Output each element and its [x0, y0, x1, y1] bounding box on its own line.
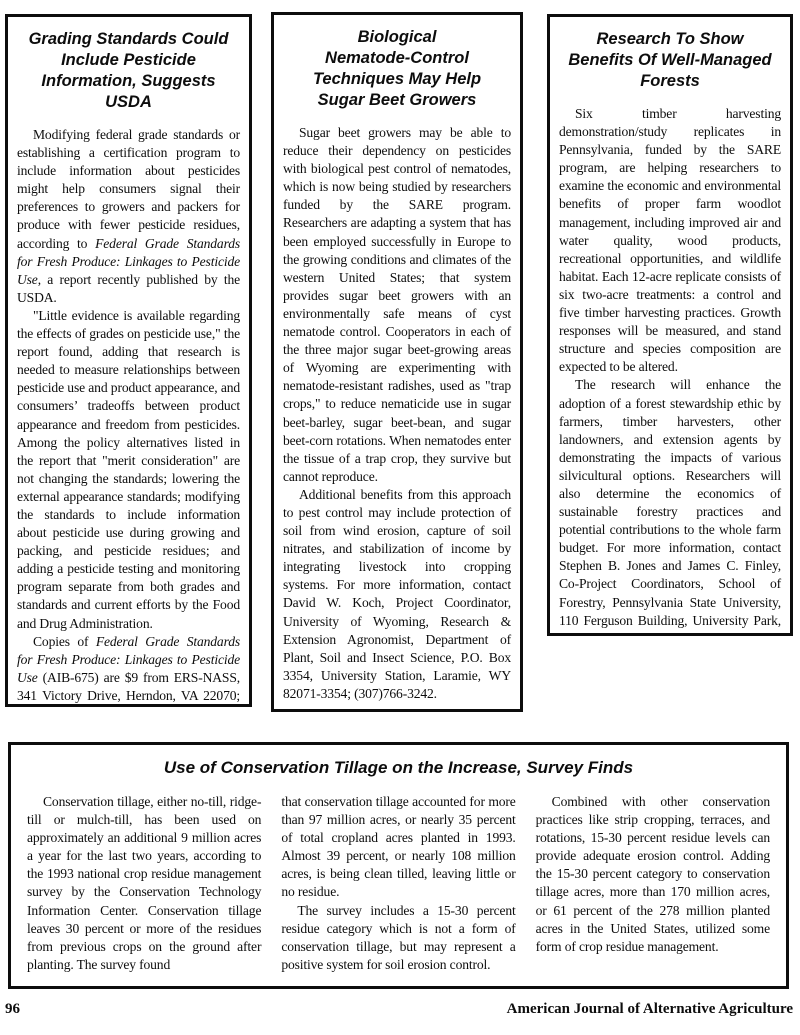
article-paragraph: Conservation tillage, either no-till, ri… — [27, 793, 261, 974]
article-title-nematode: Biological Nematode-Control Techniques M… — [283, 27, 511, 111]
paragraph-text: Modifying federal grade standards or est… — [17, 127, 240, 251]
article-box-nematode-control: Biological Nematode-Control Techniques M… — [271, 12, 523, 712]
article-paragraph: "Little evidence is available regarding … — [17, 307, 240, 633]
article-title-forests: Research To Show Benefits Of Well-Manage… — [559, 29, 781, 92]
article-paragraph: Modifying federal grade standards or est… — [17, 126, 240, 307]
article-box-forests: Research To Show Benefits Of Well-Manage… — [547, 14, 793, 636]
survey-column-1: Conservation tillage, either no-till, ri… — [27, 793, 261, 974]
survey-column-2: that conservation tillage accounted for … — [281, 793, 515, 974]
article-box-conservation-tillage: Use of Conservation Tillage on the Incre… — [8, 742, 789, 989]
article-paragraph: The survey includes a 15-30 percent resi… — [281, 902, 515, 974]
paragraph-text: (AIB-675) are $9 from ERS-NASS, 341 Vict… — [17, 670, 240, 707]
article-paragraph: The research will enhance the adoption o… — [559, 376, 781, 636]
article-paragraph: Six timber harvesting demonstration/stud… — [559, 105, 781, 376]
paragraph-text: , a report recently published by the USD… — [17, 272, 240, 305]
paragraph-text: Copies of — [33, 634, 96, 649]
survey-column-3: Combined with other conservation practic… — [536, 793, 770, 974]
article-paragraph: that conservation tillage accounted for … — [281, 793, 515, 902]
article-paragraph: Sugar beet growers may be able to reduce… — [283, 124, 511, 486]
article-title-grading: Grading Standards Could Include Pesticid… — [17, 29, 240, 113]
article-box-grading-standards: Grading Standards Could Include Pesticid… — [5, 14, 252, 707]
page-footer: 96 American Journal of Alternative Agric… — [5, 1001, 793, 1018]
page-number: 96 — [5, 1001, 20, 1018]
article-paragraph: Additional benefits from this approach t… — [283, 486, 511, 703]
article-paragraph: Copies of Federal Grade Standards for Fr… — [17, 633, 240, 707]
journal-name: American Journal of Alternative Agricult… — [507, 1001, 793, 1018]
article-paragraph: Combined with other conservation practic… — [536, 793, 770, 956]
survey-columns: Conservation tillage, either no-till, ri… — [27, 793, 770, 974]
article-title-survey: Use of Conservation Tillage on the Incre… — [27, 757, 770, 779]
journal-page: Grading Standards Could Include Pesticid… — [0, 0, 800, 1035]
